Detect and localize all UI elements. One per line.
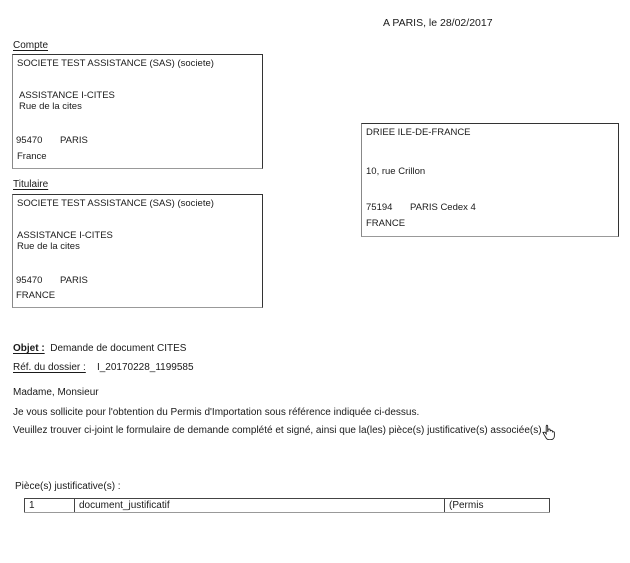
- compte-postal-code: 95470: [16, 135, 60, 146]
- compte-city: PARIS: [60, 135, 88, 146]
- compte-country: France: [17, 151, 47, 162]
- file-reference-label: Réf. du dossier :: [13, 362, 86, 373]
- titulaire-label: Titulaire: [13, 179, 48, 190]
- recipient-name: DRIEE ILE-DE-FRANCE: [366, 127, 471, 138]
- recipient-address-box: DRIEE ILE-DE-FRANCE 10, rue Crillon 7519…: [361, 123, 619, 237]
- compte-label: Compte: [13, 40, 48, 51]
- compte-company: SOCIETE TEST ASSISTANCE (SAS) (societe): [17, 58, 214, 69]
- titulaire-postal-code: 95470: [16, 275, 60, 286]
- subject-line: Objet : Demande de document CITES: [13, 343, 186, 354]
- attachment-name: document_justificatif: [75, 499, 445, 513]
- attachment-number: 1: [25, 499, 75, 513]
- attachments-table: 1document_justificatif(Permis: [24, 498, 550, 513]
- recipient-postal-code: 75194: [366, 202, 410, 213]
- titulaire-city: PARIS: [60, 275, 88, 286]
- paragraph-request: Je vous sollicite pour l'obtention du Pe…: [13, 407, 419, 418]
- compte-name: ASSISTANCE I-CITES: [19, 90, 115, 101]
- recipient-city: PARIS Cedex 4: [410, 202, 476, 213]
- titulaire-name: ASSISTANCE I-CITES: [17, 230, 113, 241]
- compte-address-box: SOCIETE TEST ASSISTANCE (SAS) (societe) …: [12, 54, 263, 169]
- recipient-street: 10, rue Crillon: [366, 166, 425, 177]
- recipient-country: FRANCE: [366, 218, 405, 229]
- subject-label: Objet :: [13, 343, 45, 354]
- salutation: Madame, Monsieur: [13, 387, 99, 398]
- titulaire-company: SOCIETE TEST ASSISTANCE (SAS) (societe): [17, 198, 214, 209]
- paragraph-attachments: Veuillez trouver ci-joint le formulaire …: [13, 425, 544, 436]
- titulaire-address-box: SOCIETE TEST ASSISTANCE (SAS) (societe) …: [12, 194, 263, 308]
- compte-street: Rue de la cites: [19, 101, 82, 112]
- table-row: 1document_justificatif(Permis: [25, 499, 550, 513]
- titulaire-street: Rue de la cites: [17, 241, 80, 252]
- subject-value: Demande de document CITES: [50, 343, 186, 354]
- hand-pointer-icon: [542, 424, 556, 440]
- titulaire-country: FRANCE: [16, 290, 55, 301]
- attachments-label: Pièce(s) justificative(s) :: [15, 481, 121, 492]
- file-reference-value: I_20170228_1199585: [97, 362, 194, 373]
- recipient-postal-city: 75194PARIS Cedex 4: [366, 202, 476, 213]
- file-reference-line: Réf. du dossier : I_20170228_1199585: [13, 362, 194, 373]
- compte-postal-city: 95470PARIS: [16, 135, 88, 146]
- titulaire-postal-city: 95470PARIS: [16, 275, 88, 286]
- attachment-type: (Permis: [445, 499, 550, 513]
- date-line: A PARIS, le 28/02/2017: [383, 17, 493, 29]
